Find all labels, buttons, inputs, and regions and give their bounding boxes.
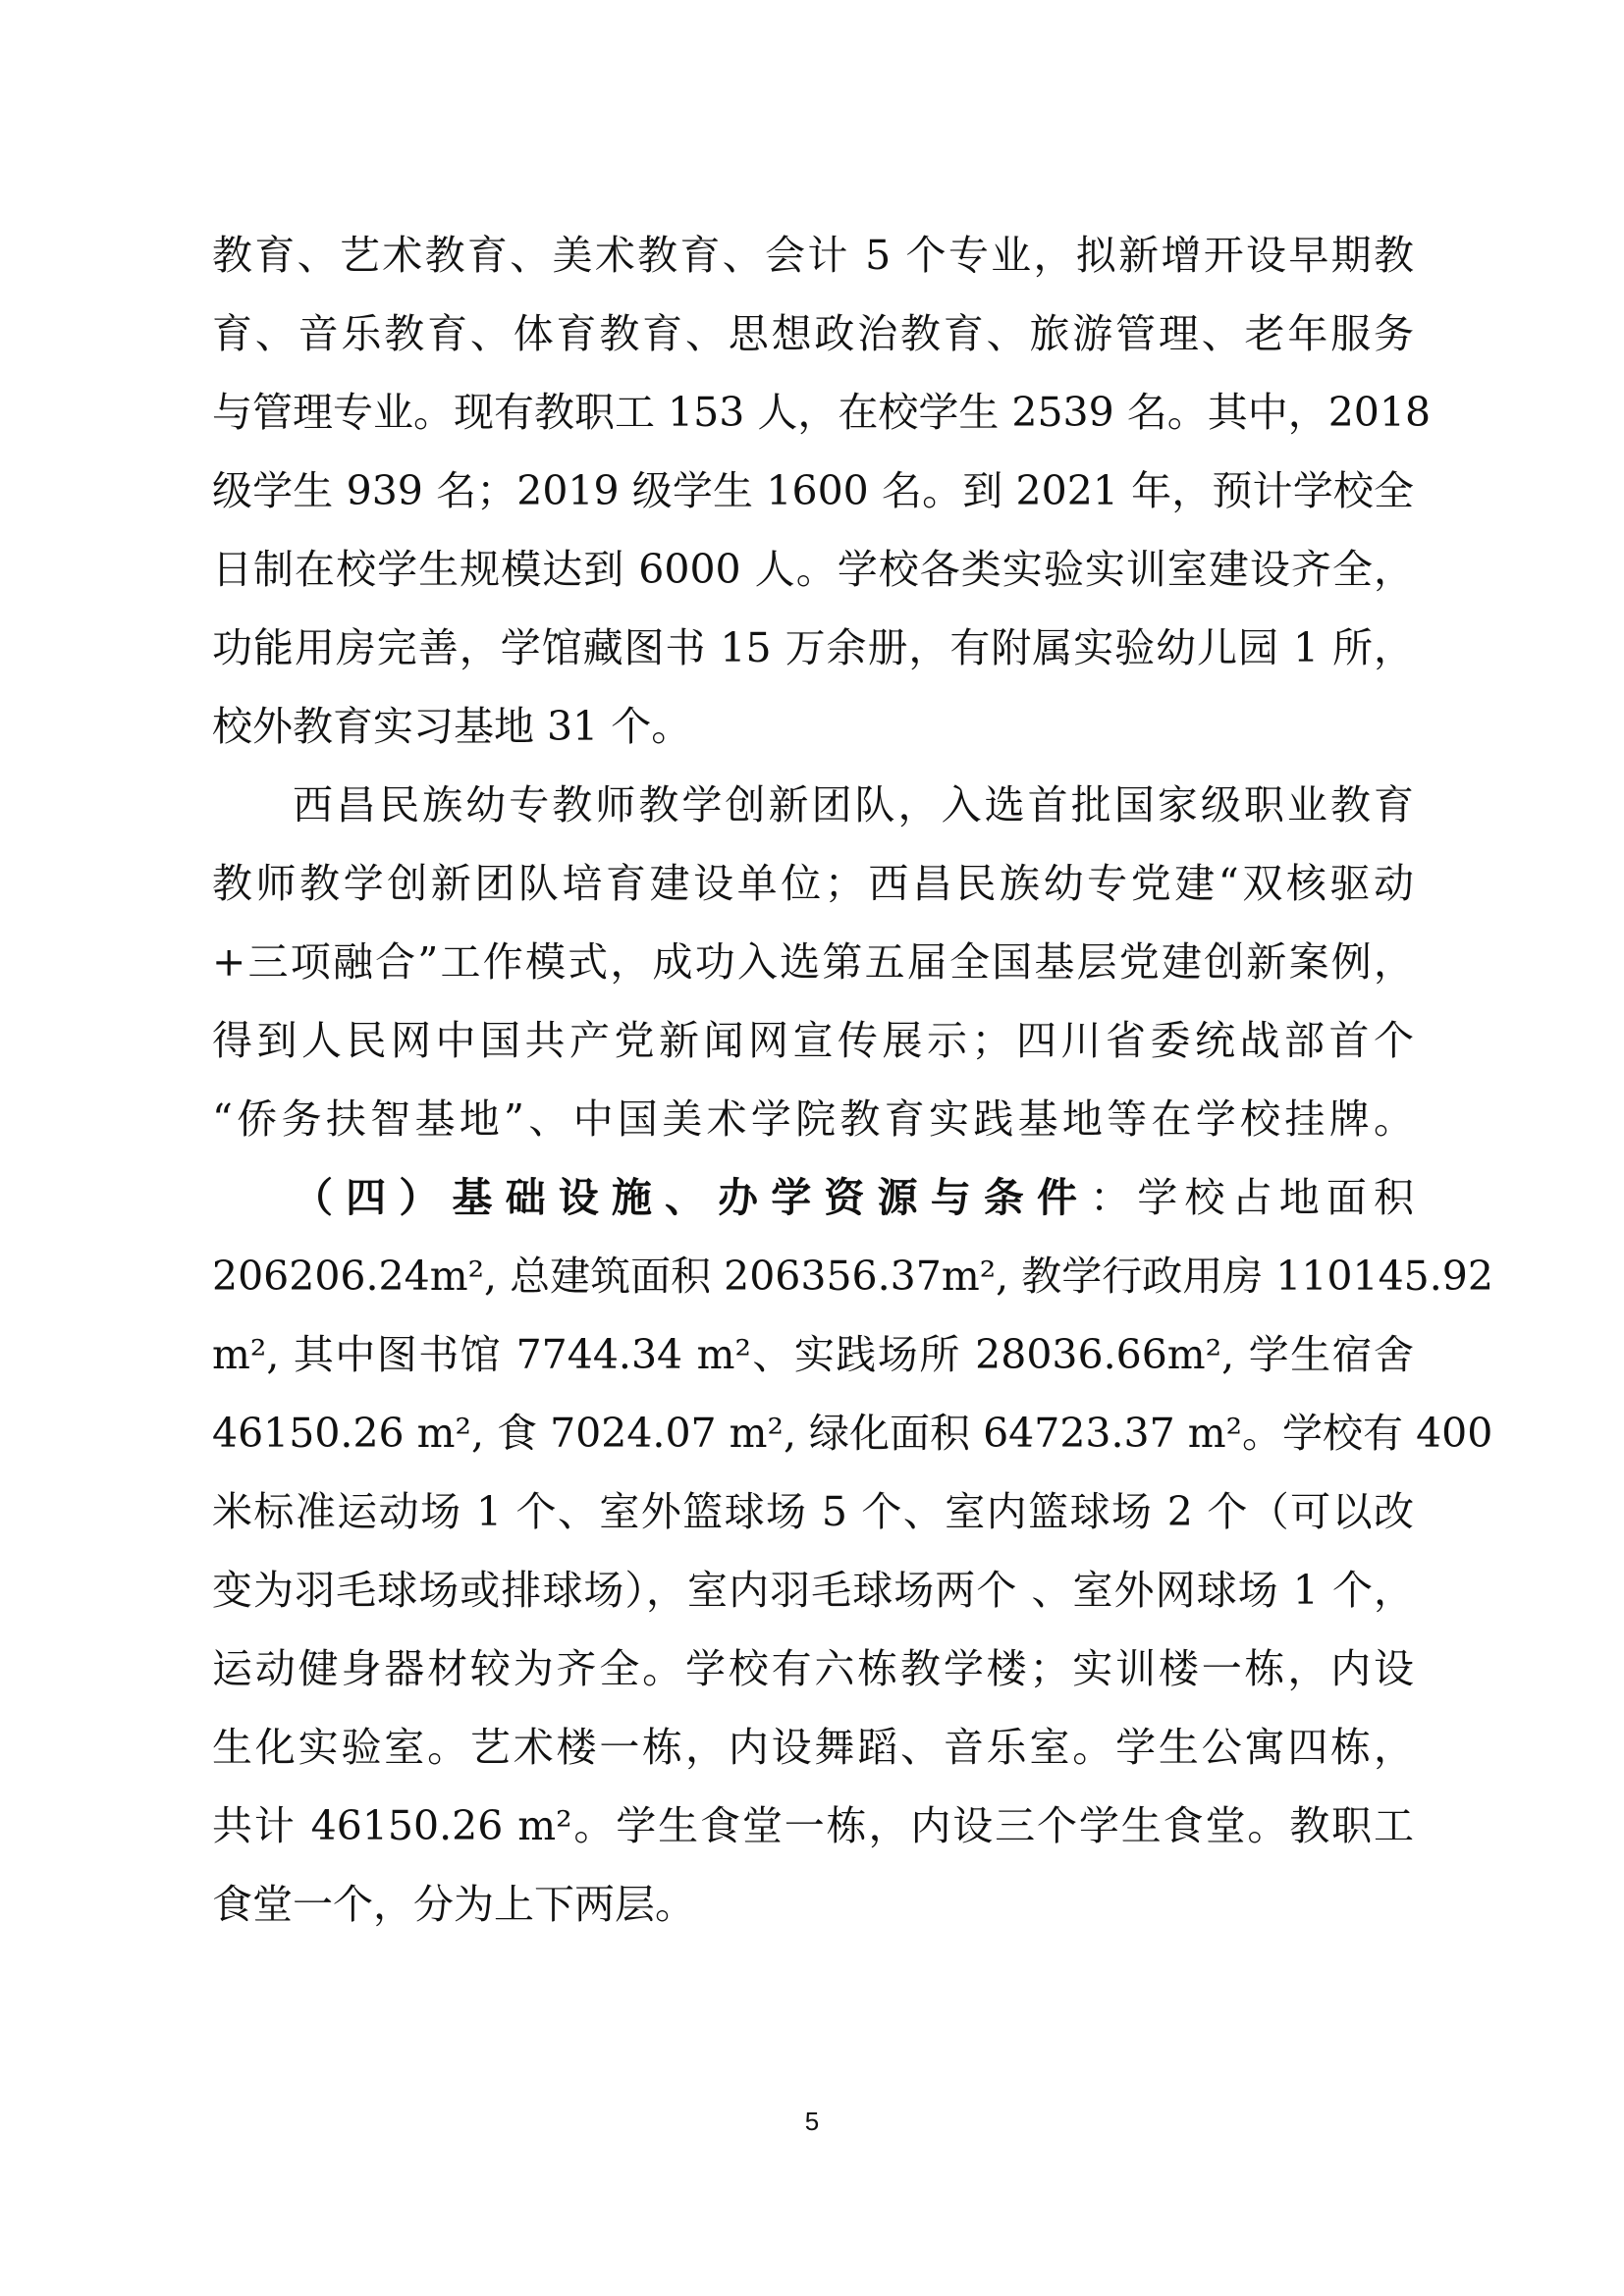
text-line: 米标准运动场 1 个、室外篮球场 5 个、室内篮球场 2 个（可以改: [212, 1484, 1414, 1563]
paragraph-teaching-team: 西昌民族幼专教师教学创新团队，入选首批国家级职业教育 教师教学创新团队培育建设单…: [212, 777, 1414, 1170]
document-page: 教育、艺术教育、美术教育、会计 5 个专业，拟新增开设早期教 育、音乐教育、体育…: [0, 0, 1624, 2296]
document-body: 教育、艺术教育、美术教育、会计 5 个专业，拟新增开设早期教 育、音乐教育、体育…: [212, 228, 1414, 1955]
text-line: 日制在校学生规模达到 6000 人。学校各类实验实训室建设齐全，: [212, 542, 1414, 620]
paragraph-infrastructure: （四）基础设施、办学资源与条件：学校占地面积 206206.24m², 总建筑面…: [212, 1170, 1414, 1955]
text-line: 教师教学创新团队培育建设单位；西昌民族幼专党建“双核驱动: [212, 856, 1414, 934]
paragraph-enrollment: 教育、艺术教育、美术教育、会计 5 个专业，拟新增开设早期教 育、音乐教育、体育…: [212, 228, 1414, 777]
text-line: 教育、艺术教育、美术教育、会计 5 个专业，拟新增开设早期教: [212, 228, 1414, 306]
section-heading: （四）基础设施、办学资源与条件: [293, 1174, 1090, 1221]
text-line: 西昌民族幼专教师教学创新团队，入选首批国家级职业教育: [212, 777, 1414, 856]
text-line: 生化实验室。艺术楼一栋，内设舞蹈、音乐室。学生公寓四栋，: [212, 1720, 1414, 1798]
text-line: 得到人民网中国共产党新闻网宣传展示；四川省委统战部首个: [212, 1013, 1414, 1092]
text-line: +三项融合”工作模式，成功入选第五届全国基层党建创新案例，: [212, 934, 1414, 1013]
text-line: 功能用房完善，学馆藏图书 15 万余册，有附属实验幼儿园 1 所，: [212, 620, 1414, 699]
text-line: 级学生 939 名；2019 级学生 1600 名。到 2021 年，预计学校全: [212, 463, 1414, 542]
heading-tail-text: ：学校占地面积: [1090, 1174, 1414, 1221]
text-line: 与管理专业。现有教职工 153 人，在校学生 2539 名。其中，2018: [212, 385, 1414, 463]
text-line: “侨务扶智基地”、中国美术学院教育实践基地等在学校挂牌。: [212, 1092, 1414, 1170]
text-line: 育、音乐教育、体育教育、思想政治教育、旅游管理、老年服务: [212, 306, 1414, 385]
section-heading-line: （四）基础设施、办学资源与条件：学校占地面积: [212, 1170, 1414, 1249]
text-line: m², 其中图书馆 7744.34 m²、实践场所 28036.66m², 学生…: [212, 1327, 1414, 1406]
text-line: 校外教育实习基地 31 个。: [212, 699, 1414, 777]
text-line: 食堂一个，分为上下两层。: [212, 1877, 1414, 1955]
text-line: 运动健身器材较为齐全。学校有六栋教学楼；实训楼一栋，内设: [212, 1641, 1414, 1720]
text-line: 206206.24m², 总建筑面积 206356.37m², 教学行政用房 1…: [212, 1249, 1414, 1327]
page-number: 5: [0, 2107, 1624, 2137]
text-line: 46150.26 m², 食 7024.07 m², 绿化面积 64723.37…: [212, 1406, 1414, 1484]
text-line: 共计 46150.26 m²。学生食堂一栋，内设三个学生食堂。教职工: [212, 1798, 1414, 1877]
text-line: 变为羽毛球场或排球场），室内羽毛球场两个 、室外网球场 1 个，: [212, 1563, 1414, 1641]
